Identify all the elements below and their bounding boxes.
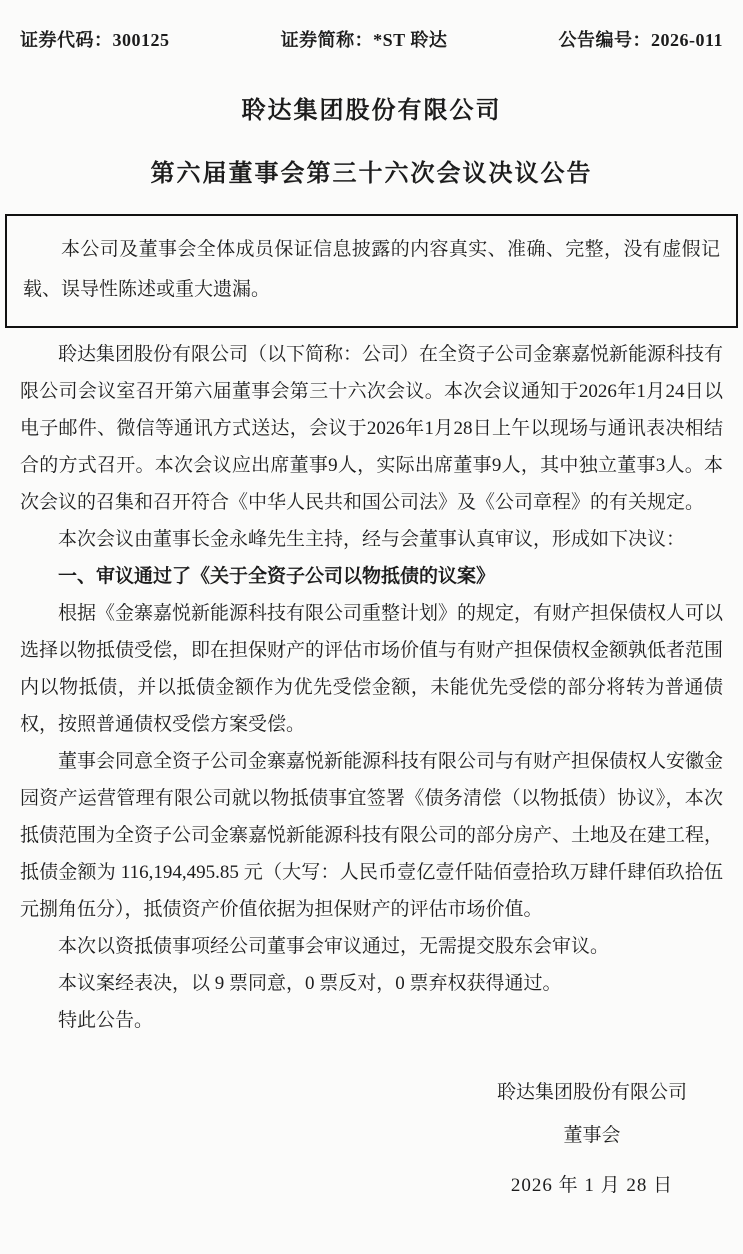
paragraph-chairman: 本次会议由董事长金永峰先生主持，经与会董事认真审议，形成如下决议：: [20, 521, 723, 558]
meeting-title: 第六届董事会第三十六次会议决议公告: [20, 153, 723, 188]
paragraph-meeting-info: 聆达集团股份有限公司（以下简称：公司）在全资子公司金寨嘉悦新能源科技有限公司会议…: [20, 336, 723, 521]
paragraph-no-shareholder-review: 本次以资抵债事项经公司董事会审议通过，无需提交股东会审议。: [20, 928, 723, 965]
signature-block: 聆达集团股份有限公司 董事会 2026 年 1 月 28 日: [20, 1081, 723, 1198]
paragraph-debt-agreement: 董事会同意全资子公司金寨嘉悦新能源科技有限公司与有财产担保债权人安徽金园资产运营…: [20, 743, 723, 928]
announcement-number: 公告编号：2026-011: [558, 26, 723, 52]
stock-code: 证券代码：300125: [20, 26, 170, 52]
signature-date: 2026 年 1 月 28 日: [497, 1174, 687, 1198]
resolution-heading: 一、审议通过了《关于全资子公司以物抵债的议案》: [20, 558, 723, 595]
disclaimer-text: 本公司及董事会全体成员保证信息披露的内容真实、准确、完整，没有虚假记载、误导性陈…: [23, 230, 720, 310]
stock-short-name: 证券简称：*ST 聆达: [281, 26, 448, 52]
paragraph-vote-result: 本议案经表决，以 9 票同意，0 票反对，0 票弃权获得通过。: [20, 965, 723, 1002]
announcement-page: 证券代码：300125 证券简称：*ST 聆达 公告编号：2026-011 聆达…: [0, 0, 743, 1254]
disclaimer-box: 本公司及董事会全体成员保证信息披露的内容真实、准确、完整，没有虚假记载、误导性陈…: [5, 214, 738, 328]
signature-inner: 聆达集团股份有限公司 董事会 2026 年 1 月 28 日: [497, 1081, 687, 1198]
company-title: 聆达集团股份有限公司: [20, 90, 723, 125]
paragraph-closing: 特此公告。: [20, 1002, 723, 1039]
signature-board: 董事会: [497, 1124, 687, 1148]
document-header: 证券代码：300125 证券简称：*ST 聆达 公告编号：2026-011: [20, 26, 723, 52]
paragraph-restructuring-plan: 根据《金寨嘉悦新能源科技有限公司重整计划》的规定，有财产担保债权人可以选择以物抵…: [20, 595, 723, 743]
signature-company: 聆达集团股份有限公司: [497, 1081, 687, 1105]
